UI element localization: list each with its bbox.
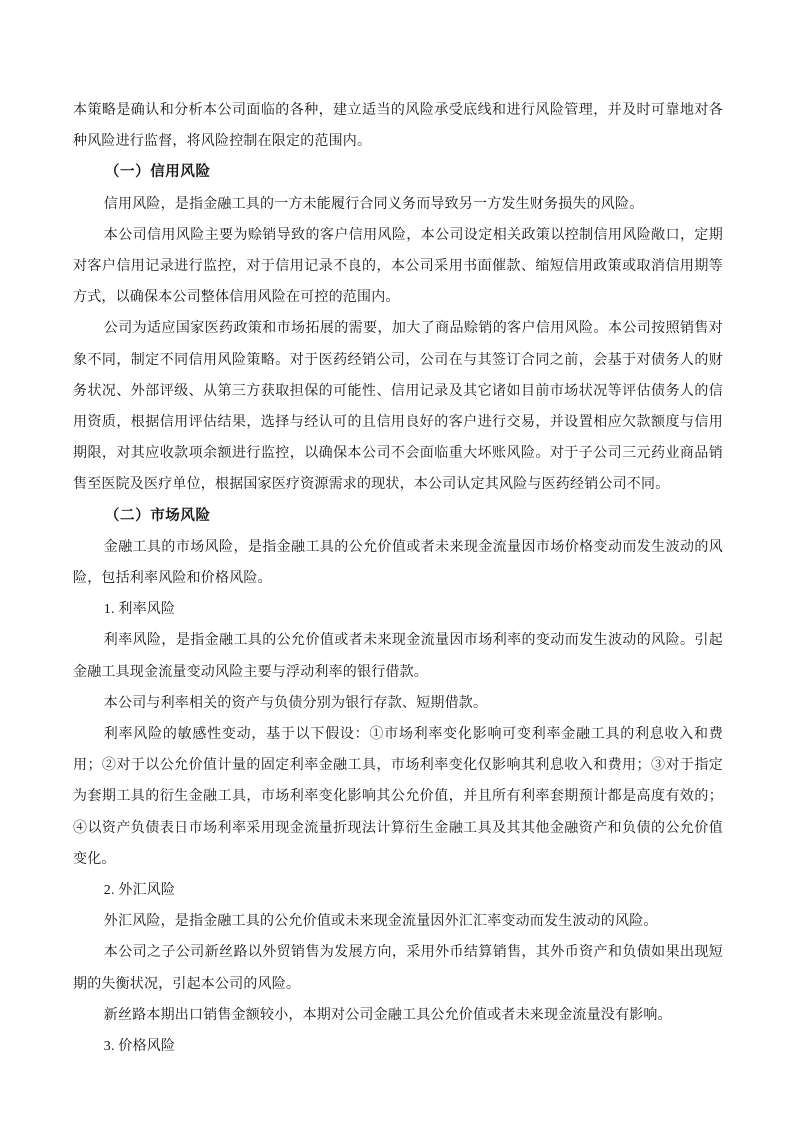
paragraph-fx-risk-definition: 外汇风险，是指金融工具的公允价值或未来现金流量因外汇汇率变动而发生波动的风险。 (73, 906, 723, 937)
paragraph-fx-risk-impact: 新丝路本期出口销售金额较小，本期对公司金融工具公允价值或者未来现金流量没有影响。 (73, 1000, 723, 1031)
paragraph-interest-rate-assets: 本公司与利率相关的资产与负债分别为银行存款、短期借款。 (73, 688, 723, 719)
paragraph-interest-rate-definition: 利率风险，是指金融工具的公允价值或者未来现金流量因市场利率的变动而发生波动的风险… (73, 625, 723, 687)
heading-section-2-market-risk: （二）市场风险 (73, 501, 723, 532)
paragraph-strategy-intro: 本策略是确认和分析本公司面临的各种，建立适当的风险承受底线和进行风险管理，并及时… (73, 95, 723, 157)
paragraph-fx-risk-subsidiary: 本公司之子公司新丝路以外贸销售为发展方向，采用外币结算销售，其外币资产和负债如果… (73, 937, 723, 999)
paragraph-interest-rate-sensitivity: 利率风险的敏感性变动，基于以下假设：①市场利率变化影响可变利率金融工具的利息收入… (73, 719, 723, 875)
document-body: 本策略是确认和分析本公司面临的各种，建立适当的风险承受底线和进行风险管理，并及时… (73, 95, 723, 1062)
subheading-3-price-risk: 3. 价格风险 (73, 1031, 723, 1062)
paragraph-credit-risk-policy: 本公司信用风险主要为赊销导致的客户信用风险，本公司设定相关政策以控制信用风险敞口… (73, 220, 723, 314)
paragraph-credit-risk-definition: 信用风险，是指金融工具的一方未能履行合同义务而导致另一方发生财务损失的风险。 (73, 189, 723, 220)
document-page: 本策略是确认和分析本公司面临的各种，建立适当的风险承受底线和进行风险管理，并及时… (0, 0, 793, 1122)
heading-section-1-credit-risk: （一）信用风险 (73, 157, 723, 188)
subheading-2-foreign-exchange-risk: 2. 外汇风险 (73, 875, 723, 906)
subheading-1-interest-rate-risk: 1. 利率风险 (73, 594, 723, 625)
paragraph-credit-risk-strategy: 公司为适应国家医药政策和市场拓展的需要，加大了商品赊销的客户信用风险。本公司按照… (73, 313, 723, 500)
paragraph-market-risk-definition: 金融工具的市场风险，是指金融工具的公允价值或者未来现金流量因市场价格变动而发生波… (73, 532, 723, 594)
